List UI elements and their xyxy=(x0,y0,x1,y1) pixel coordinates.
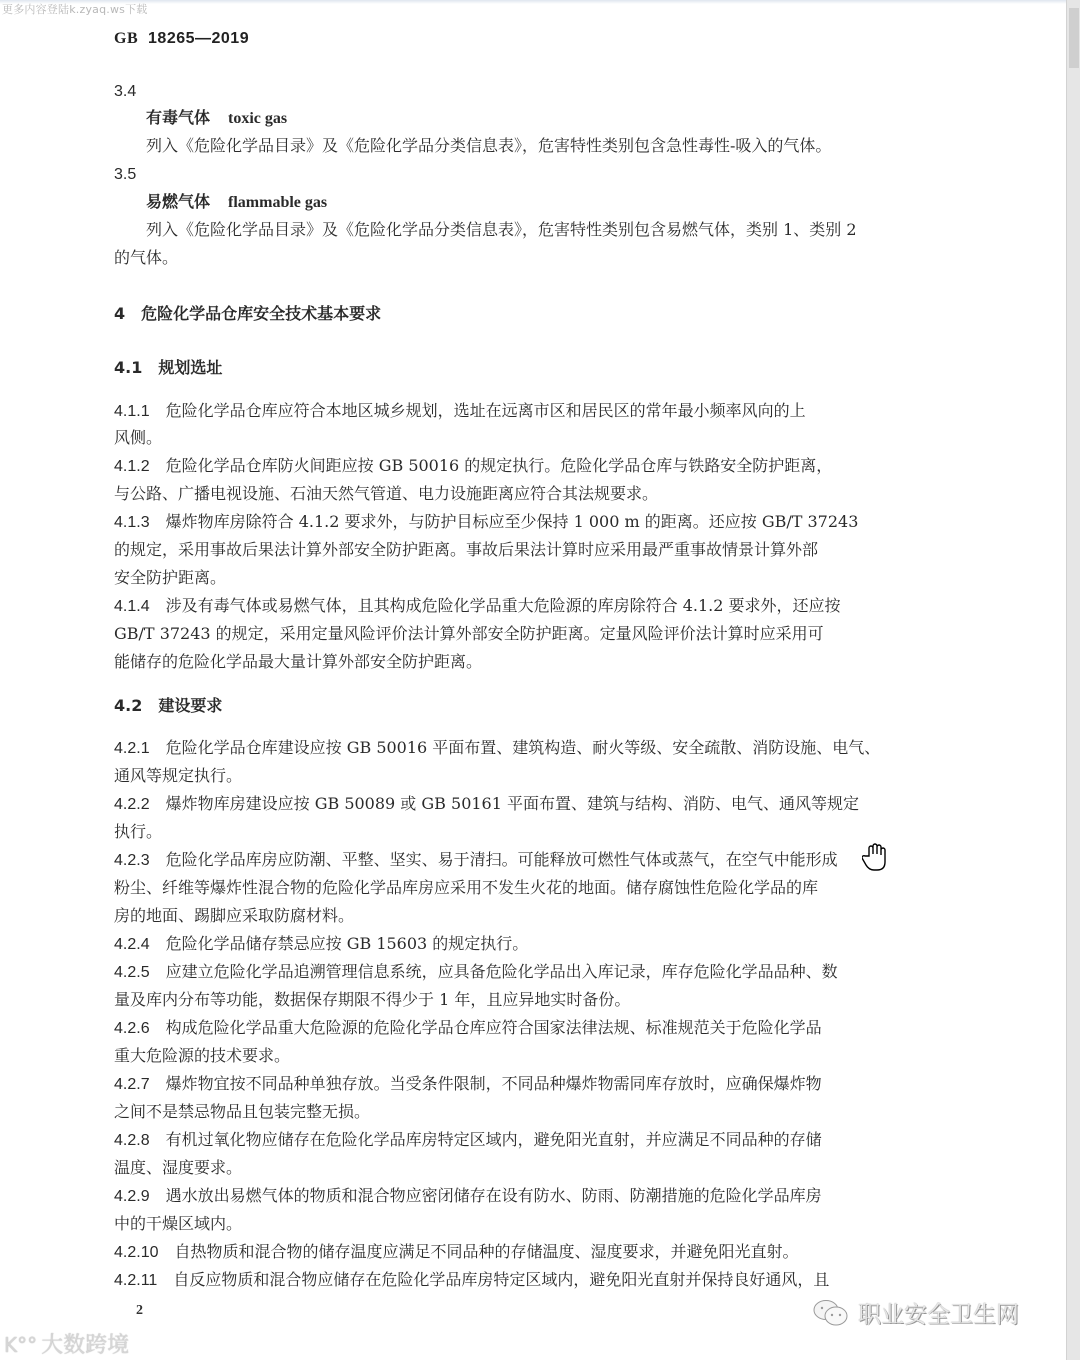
clause-4-2-1: 4.2.1 危险化学品仓库建设应按 GB 50016 平面布置、建筑构造、耐火等… xyxy=(114,738,880,759)
clause-cont: 重大危险源的技术要求。 xyxy=(114,1046,290,1066)
term-title: 有毒气体toxic gas xyxy=(146,108,287,129)
clause-4-2-4: 4.2.4 危险化学品储存禁忌应按 GB 15603 的规定执行。 xyxy=(114,934,528,955)
scrollbar-thumb[interactable] xyxy=(1069,8,1079,68)
clause-cont: 之间不是禁忌物品且包装完整无损。 xyxy=(114,1102,370,1122)
term-definition-cont: 的气体。 xyxy=(114,248,178,268)
term-en: flammable gas xyxy=(228,194,327,211)
hand-pointer-cursor-icon xyxy=(862,842,888,872)
clause-cont: 安全防护距离。 xyxy=(114,568,226,588)
vertical-scrollbar[interactable] xyxy=(1066,0,1080,1360)
clause-4-2-9: 4.2.9 遇水放出易燃气体的物质和混合物应密闭储存在设有防水、防雨、防潮措施的… xyxy=(114,1186,822,1207)
clause-cont: 粉尘、纤维等爆炸性混合物的危险化学品库房应采用不发生火花的地面。储存腐蚀性危险化… xyxy=(114,878,818,898)
section-heading: 4 危险化学品仓库安全技术基本要求 xyxy=(114,304,381,324)
clause-cont: 房的地面、踢脚应采取防腐材料。 xyxy=(114,906,354,926)
clause-cont: 执行。 xyxy=(114,822,162,842)
clause-4-1-1: 4.1.1 危险化学品仓库应符合本地区城乡规划，选址在远离市区和居民区的常年最小… xyxy=(114,401,806,422)
clause-cont: 通风等规定执行。 xyxy=(114,766,242,786)
watermark-text: 大数跨境 xyxy=(41,1333,129,1358)
page-number: 2 xyxy=(136,1303,143,1319)
brand-logo-icon: K°° xyxy=(4,1333,37,1357)
clause-cont: 温度、湿度要求。 xyxy=(114,1158,242,1178)
term-cn: 有毒气体 xyxy=(146,108,210,127)
watermark-bottom-left: K°°大数跨境 xyxy=(4,1328,129,1359)
term-number: 3.4 xyxy=(114,82,136,102)
clause-cont: GB/T 37243 的规定，采用定量风险评价法计算外部安全防护距离。定量风险评… xyxy=(114,624,824,644)
clause-4-2-3: 4.2.3 危险化学品库房应防潮、平整、坚实、易于清扫。可能释放可燃性气体或蒸气… xyxy=(114,850,838,871)
term-cn: 易燃气体 xyxy=(146,192,210,211)
term-en: toxic gas xyxy=(228,110,287,127)
term-definition: 列入《危险化学品目录》及《危险化学品分类信息表》，危害特性类别包含急性毒性-吸入… xyxy=(146,136,831,156)
clause-cont: 的规定，采用事故后果法计算外部安全防护距离。事故后果法计算时应采用最严重事故情景… xyxy=(114,540,818,560)
term-definition: 列入《危险化学品目录》及《危险化学品分类信息表》，危害特性类别包含易燃气体，类别… xyxy=(146,220,857,240)
watermark-text: 职业安全卫生网 xyxy=(858,1296,1019,1329)
watermark-bottom-right: 职业安全卫生网 xyxy=(812,1296,1019,1329)
clause-cont: 能储存的危险化学品最大量计算外部安全防护距离。 xyxy=(114,652,482,672)
clause-4-2-6: 4.2.6 构成危险化学品重大危险源的危险化学品仓库应符合国家法律法规、标准规范… xyxy=(114,1018,822,1039)
clause-cont: 与公路、广播电视设施、石油天然气管道、电力设施距离应符合其法规要求。 xyxy=(114,484,658,504)
standard-number: 18265—2019 xyxy=(148,30,249,47)
clause-4-2-5: 4.2.5 应建立危险化学品追溯管理信息系统，应具备危险化学品出入库记录，库存危… xyxy=(114,962,838,983)
term-number: 3.5 xyxy=(114,165,136,185)
clause-4-2-2: 4.2.2 爆炸物库房建设应按 GB 50089 或 GB 50161 平面布置… xyxy=(114,794,859,815)
term-title: 易燃气体flammable gas xyxy=(146,192,327,213)
clause-4-1-4: 4.1.4 涉及有毒气体或易燃气体，且其构成危险化学品重大危险源的库房除符合 4… xyxy=(114,596,841,617)
clause-4-1-2: 4.1.2 危险化学品仓库防火间距应按 GB 50016 的规定执行。危险化学品… xyxy=(114,456,832,477)
wechat-icon xyxy=(812,1298,850,1328)
clause-4-1-3: 4.1.3 爆炸物库房除符合 4.1.2 要求外，与防护目标应至少保持 1 00… xyxy=(114,512,858,533)
watermark-top: 更多内容登陆k.zyaq.ws下载 xyxy=(2,1,148,17)
document-page: 更多内容登陆k.zyaq.ws下载 GB 18265—2019 3.4 有毒气体… xyxy=(0,0,1066,1360)
clause-4-2-11: 4.2.11 自反应物质和混合物应储存在危险化学品库房特定区域内，避免阳光直射并… xyxy=(114,1270,829,1291)
clause-4-2-7: 4.2.7 爆炸物宜按不同品种单独存放。当受条件限制，不同品种爆炸物需同库存放时… xyxy=(114,1074,822,1095)
document-header: GB 18265—2019 xyxy=(114,30,249,48)
clause-4-2-10: 4.2.10 自热物质和混合物的储存温度应满足不同品种的存储温度、湿度要求，并避… xyxy=(114,1242,799,1263)
clause-cont: 量及库内分布等功能，数据保存期限不得少于 1 年，且应异地实时备份。 xyxy=(114,990,630,1010)
clause-4-2-8: 4.2.8 有机过氧化物应储存在危险化学品库房特定区域内，避免阳光直射，并应满足… xyxy=(114,1130,822,1151)
clause-cont: 中的干燥区域内。 xyxy=(114,1214,242,1234)
subsection-heading: 4.2 建设要求 xyxy=(114,696,222,716)
standard-prefix: GB xyxy=(114,30,138,47)
clause-cont: 风侧。 xyxy=(114,428,162,448)
subsection-heading: 4.1 规划选址 xyxy=(114,358,222,378)
